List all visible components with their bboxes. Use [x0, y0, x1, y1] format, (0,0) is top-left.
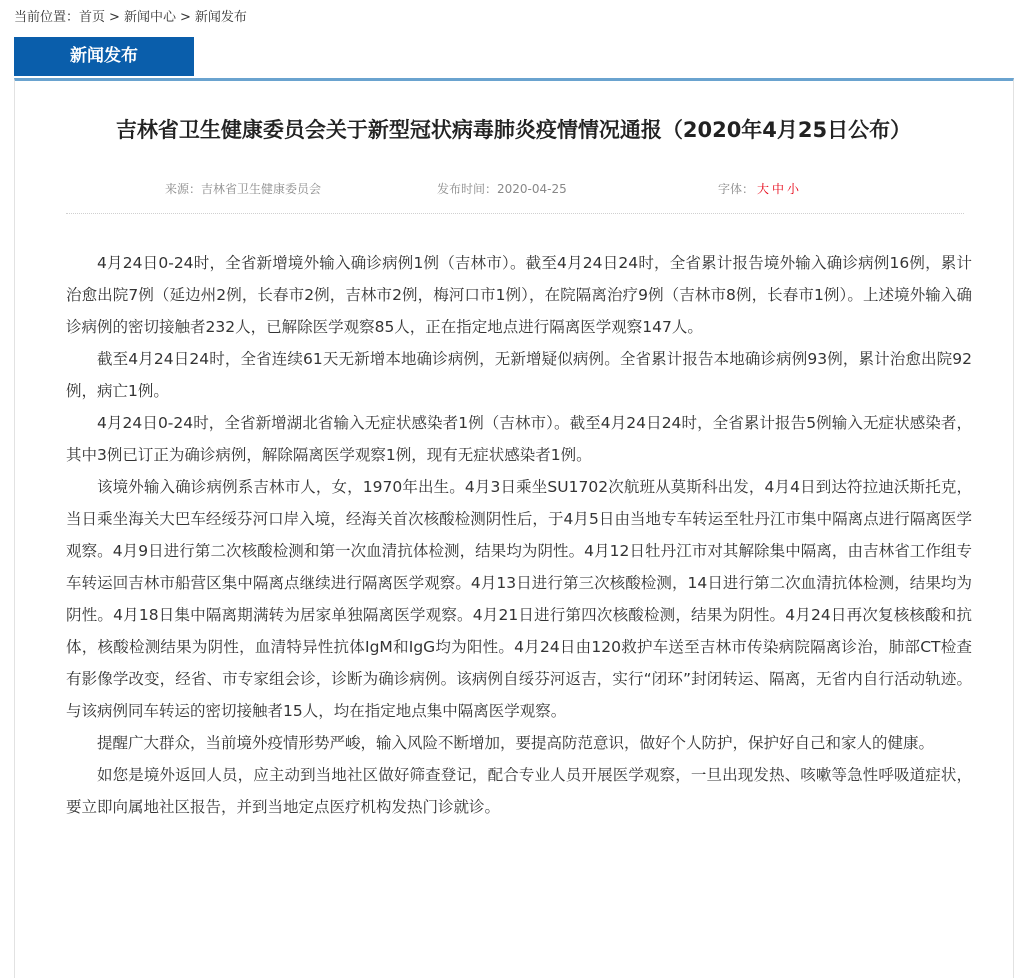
article-paragraph: 4月24日0-24时，全省新增湖北省输入无症状感染者1例（吉林市）。截至4月24… — [66, 407, 972, 471]
font-size-selector: 字体：大中小 — [718, 180, 799, 198]
breadcrumb-news-center-link[interactable]: 新闻中心 — [124, 10, 176, 25]
article-publish-time: 发布时间：2020-04-25 — [437, 180, 567, 198]
article-paragraph: 截至4月24日24时，全省连续61天无新增本地确诊病例，无新增疑似病例。全省累计… — [66, 343, 972, 407]
source-label: 来源： — [165, 182, 201, 196]
breadcrumb-separator: > — [109, 10, 120, 25]
breadcrumb-prefix: 当前位置： — [14, 10, 79, 25]
article-title: 吉林省卫生健康委员会关于新型冠状病毒肺炎疫情情况通报（2020年4月25日公布） — [0, 112, 1027, 148]
breadcrumb-home-link[interactable]: 首页 — [79, 10, 105, 25]
article-paragraph: 如您是境外返回人员，应主动到当地社区做好筛查登记，配合专业人员开展医学观察，一旦… — [66, 759, 972, 823]
article-paragraph: 该境外输入确诊病例系吉林市人，女，1970年出生。4月3日乘坐SU1702次航班… — [66, 471, 972, 727]
breadcrumb-separator: > — [180, 10, 191, 25]
font-size-large-button[interactable]: 大 — [757, 182, 769, 196]
publish-time-label: 发布时间： — [437, 182, 497, 196]
publish-time-value: 2020-04-25 — [497, 182, 567, 196]
article-source: 来源：吉林省卫生健康委员会 — [165, 180, 321, 198]
article-paragraph: 4月24日0-24时，全省新增境外输入确诊病例1例（吉林市）。截至4月24日24… — [66, 247, 972, 343]
breadcrumb-news-release-link[interactable]: 新闻发布 — [195, 10, 247, 25]
breadcrumb: 当前位置：首页>新闻中心>新闻发布 — [14, 9, 247, 27]
section-tab-news-release: 新闻发布 — [14, 37, 194, 76]
font-size-small-button[interactable]: 小 — [787, 182, 799, 196]
meta-divider — [66, 213, 964, 214]
font-size-medium-button[interactable]: 中 — [772, 182, 784, 196]
font-size-label: 字体： — [718, 182, 754, 196]
article-paragraph: 提醒广大群众，当前境外疫情形势严峻，输入风险不断增加，要提高防范意识，做好个人防… — [66, 727, 972, 759]
article-body: 4月24日0-24时，全省新增境外输入确诊病例1例（吉林市）。截至4月24日24… — [66, 247, 972, 823]
source-value: 吉林省卫生健康委员会 — [201, 182, 321, 196]
